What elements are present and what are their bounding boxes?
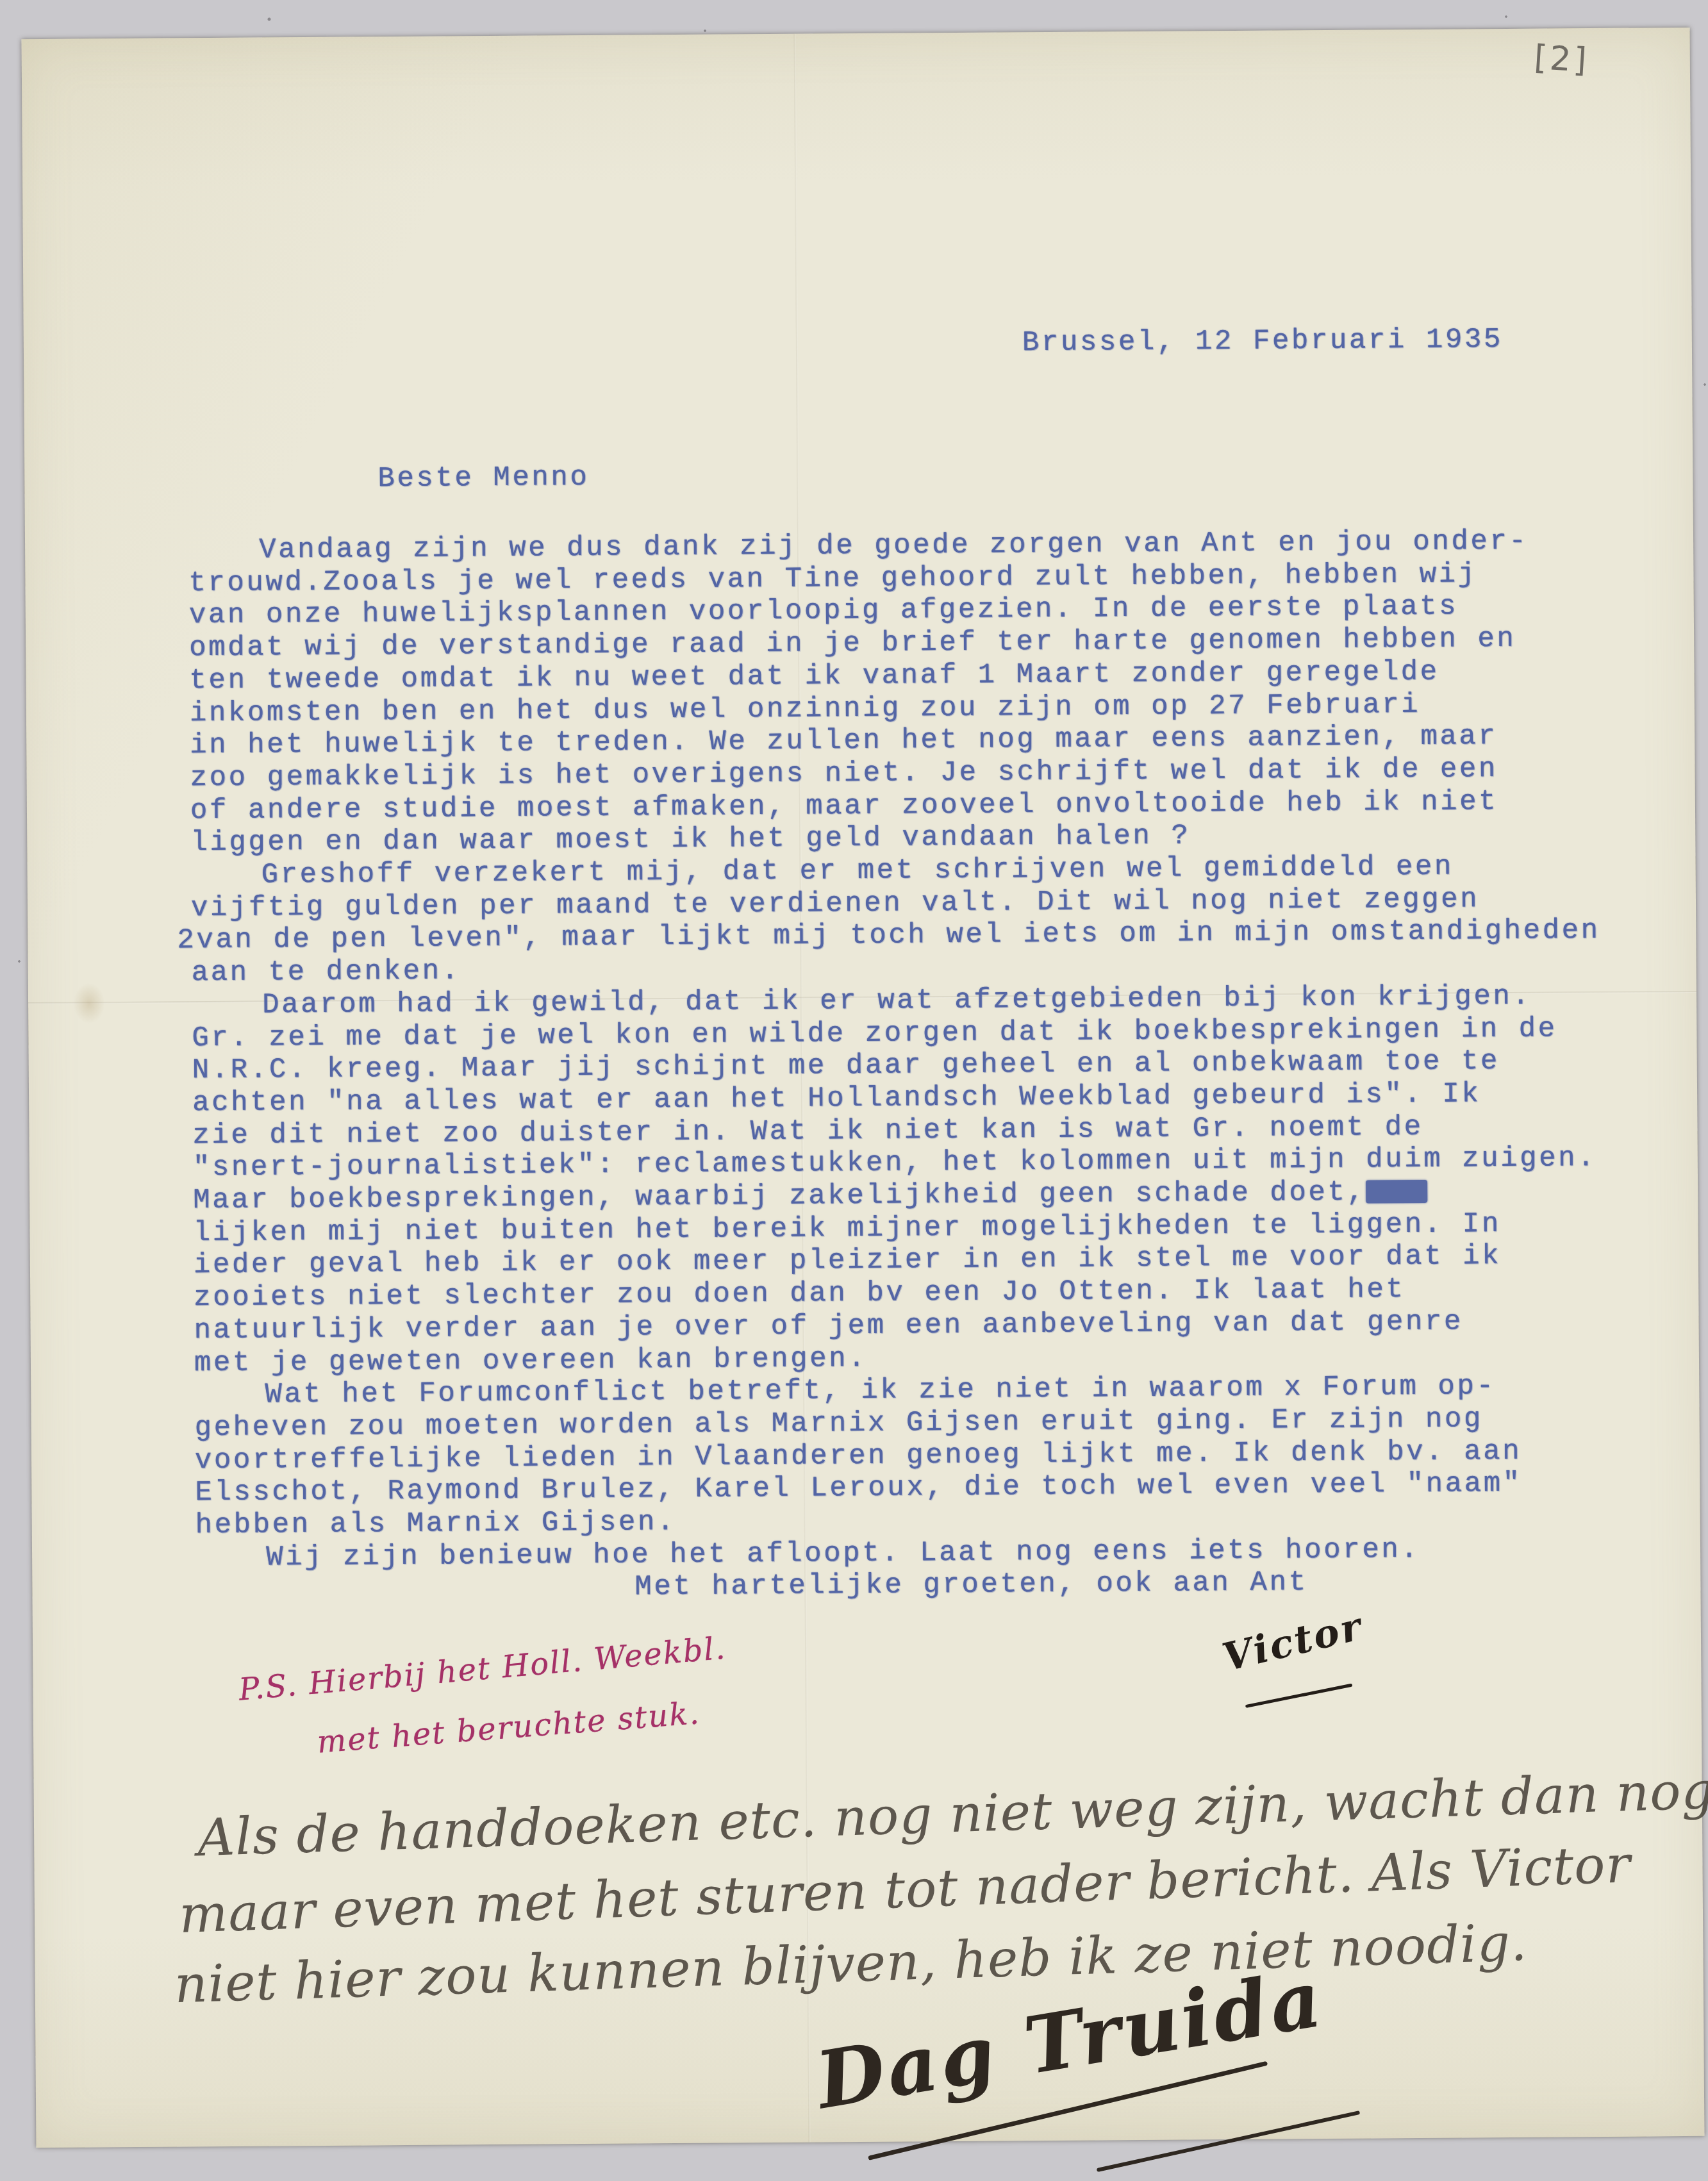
typed-line: Met hartelijke groeten, ook aan Ant [634,1569,1307,1602]
dateline: Brussel, 12 Februari 1935 [1022,324,1503,359]
typed-line: liggen en dan waar moest ik het geld van… [190,822,1191,858]
salutation: Beste Menno [377,461,589,495]
typed-line: natuurlijk verder aan je over of jem een… [194,1307,1463,1345]
typed-line: Maar boekbesprekingen, waarbij zakelijkh… [193,1179,1366,1215]
letter-paper: [2] Brussel, 12 Februari 1935 Beste Menn… [22,28,1705,2148]
typed-line: Daarom had ik gewild, dat ik er wat afze… [262,983,1532,1020]
typed-line: met je geweten overeen kan brengen. [194,1344,867,1377]
typed-line: zooiets niet slechter zou doen dan bv ee… [194,1275,1405,1312]
typed-line: ten tweede omdat ik nu weet dat ik vanaf… [189,658,1439,695]
postscript-red-line-2: met het beruchte stuk. [316,1695,702,1761]
typed-line: Wij zijn benieuw hoe het afloopt. Laat n… [266,1536,1420,1572]
typed-line: Wat het Forumconflict betreft, ik zie ni… [265,1372,1496,1409]
paper-stain [67,974,112,1032]
typed-line: Greshoff verzekert mij, dat er met schri… [261,853,1454,890]
typed-line: Elsschot, Raymond Brulez, Karel Leroux, … [195,1470,1522,1507]
typed-line: of andere studie moest afmaken, maar zoo… [190,788,1498,825]
typed-overstrike-blot [1366,1180,1427,1204]
typed-line: hebben als Marnix Gijsen. [195,1508,676,1539]
scanned-letter-page: { "page": { "pencil_label": "[2]" }, "co… [0,0,1708,2181]
typed-line: aan te denken. [192,957,461,987]
pencil-page-number: [2] [1533,38,1590,80]
victor-signature: Victor [1218,1604,1367,1681]
postscript-red-line-1: P.S. Hierbij het Holl. Weekbl. [237,1630,727,1708]
victor-signature-underline [1245,1684,1353,1709]
